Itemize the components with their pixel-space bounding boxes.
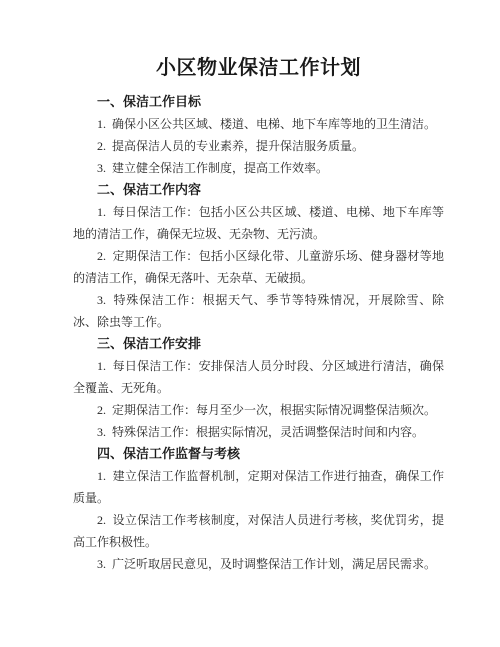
list-item: 3. 特殊保洁工作：根据天气、季节等特殊情况，开展除雪、除冰、除虫等工作。: [73, 289, 444, 333]
list-item: 1. 建立保洁工作监督机制，定期对保洁工作进行抽查，确保工作质量。: [73, 465, 444, 509]
list-item: 2. 设立保洁工作考核制度，对保洁人员进行考核，奖优罚劣，提高工作积极性。: [73, 509, 444, 553]
document-page: 小区物业保洁工作计划 一、保洁工作目标 1. 确保小区公共区域、楼道、电梯、地下…: [0, 0, 500, 647]
page-title: 小区物业保洁工作计划: [73, 0, 444, 80]
list-item: 2. 定期保洁工作：包括小区绿化带、儿童游乐场、健身器材等地的清洁工作，确保无落…: [73, 245, 444, 289]
section-heading-2: 二、保洁工作内容: [73, 179, 444, 201]
section-heading-4: 四、保洁工作监督与考核: [73, 443, 444, 465]
section-heading-3: 三、保洁工作安排: [73, 333, 444, 355]
list-item: 1. 确保小区公共区域、楼道、电梯、地下车库等地的卫生清洁。: [73, 113, 444, 135]
list-item: 2. 提高保洁人员的专业素养，提升保洁服务质量。: [73, 135, 444, 157]
list-item: 3. 广泛听取居民意见，及时调整保洁工作计划，满足居民需求。: [73, 553, 444, 575]
document-body: 一、保洁工作目标 1. 确保小区公共区域、楼道、电梯、地下车库等地的卫生清洁。 …: [73, 91, 444, 575]
list-item: 3. 建立健全保洁工作制度，提高工作效率。: [73, 157, 444, 179]
list-item: 1. 每日保洁工作：安排保洁人员分时段、分区域进行清洁，确保全覆盖、无死角。: [73, 355, 444, 399]
list-item: 2. 定期保洁工作：每月至少一次，根据实际情况调整保洁频次。: [73, 399, 444, 421]
section-heading-1: 一、保洁工作目标: [73, 91, 444, 113]
list-item: 3. 特殊保洁工作：根据实际情况，灵活调整保洁时间和内容。: [73, 421, 444, 443]
list-item: 1. 每日保洁工作：包括小区公共区域、楼道、电梯、地下车库等地的清洁工作，确保无…: [73, 201, 444, 245]
